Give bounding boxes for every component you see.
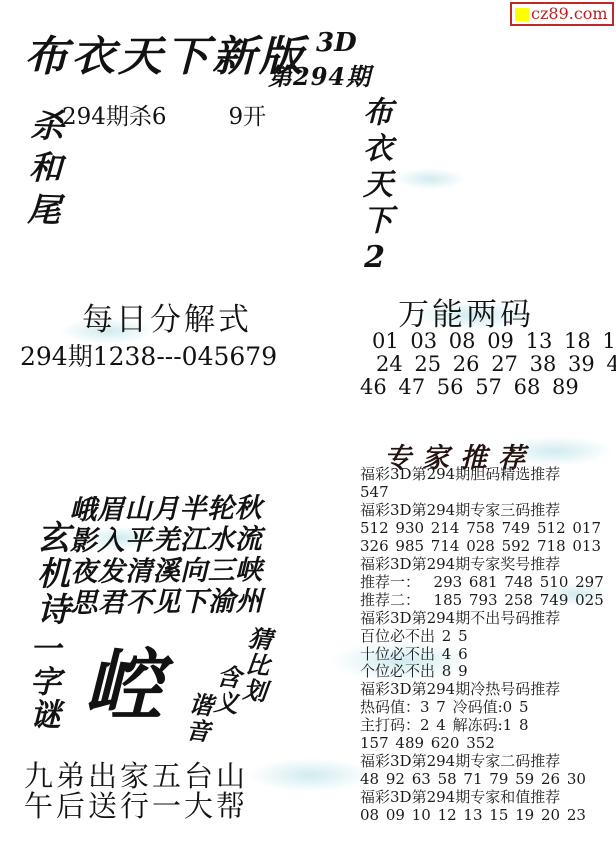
site-badge: cz89.com	[510, 2, 614, 26]
expert-line: 512 930 214 758 749 512 017	[360, 520, 604, 538]
lottery-tip-sheet: cz89.com 布衣天下新版 3D 第294期 294期杀6 9开 杀和尾 布…	[0, 0, 616, 860]
expert-line: 福彩3D第294期冷热号码推荐	[360, 681, 604, 699]
expert-line: 福彩3D第294期胆码精选推荐	[360, 466, 604, 484]
expert-line: 福彩3D第294期专家奖号推荐	[360, 556, 604, 574]
expert-line: 个位必不出 8 9	[360, 663, 604, 681]
riddle-character: 崆	[84, 648, 162, 726]
daily-breakdown-title: 每日分解式	[82, 294, 252, 339]
universal-codes-row: 01 03 08 09 13 18 19?	[372, 330, 608, 353]
bottom-verse-line: 九弟出家五台山	[24, 761, 248, 791]
mystery-poem-line: 思君不见下渝州	[70, 586, 263, 619]
mystery-poem-lines: 峨眉山月半轮秋影入平羌江水流夜发清溪向三峡思君不见下渝州	[69, 493, 263, 619]
universal-codes-row: 24 25 26 27 38 39 45?	[376, 353, 608, 376]
expert-line: 08 09 10 12 13 15 19 20 23	[360, 807, 604, 825]
vertical-kill-tail-label: 杀和尾	[18, 107, 69, 235]
expert-line: 热码值：3 7 冷码值:0 5	[360, 699, 604, 717]
game-label: 3D	[316, 28, 357, 58]
riddle-hint: 谐音	[177, 690, 217, 745]
issue-label: 第294期	[268, 57, 371, 92]
expert-line: 547	[360, 484, 604, 502]
open-text: 9开	[229, 98, 267, 131]
expert-line: 主打码：2 4 解冻码:1 8	[360, 717, 604, 735]
expert-line: 十位必不出 4 6	[360, 646, 604, 664]
riddle-label: 一字谜	[20, 632, 65, 731]
mystery-poem-line: 峨眉山月半轮秋	[69, 493, 262, 526]
expert-line: 48 92 63 58 71 79 59 26 30	[360, 771, 604, 789]
site-badge-text: cz89.com	[531, 6, 608, 22]
expert-line: 推荐一： 293 681 748 510 297	[360, 574, 604, 592]
watermark-blob	[248, 758, 373, 792]
expert-line: 福彩3D第294期专家二码推荐	[360, 753, 604, 771]
yellow-square-icon	[515, 8, 529, 21]
page-title: 布衣天下新版	[24, 22, 306, 83]
expert-line: 福彩3D第294期专家和值推荐	[360, 789, 604, 807]
bottom-verse: 九弟出家五台山午后送行一大帮	[24, 761, 248, 821]
mystery-poem-line: 影入平羌江水流	[70, 524, 263, 557]
vertical-brand-label: 布衣天下2	[352, 96, 396, 281]
kill-open-row: 294期杀6 9开	[62, 98, 266, 131]
expert-line: 推荐二： 185 793 258 749 025	[360, 592, 604, 610]
kill-text: 294期杀6	[62, 98, 167, 131]
universal-codes-grid: 01 03 08 09 13 18 19?24 25 26 27 38 39 4…	[348, 330, 608, 399]
daily-breakdown-formula: 294期1238---045679	[20, 337, 277, 373]
expert-line: 福彩3D第294期专家三码推荐	[360, 502, 604, 520]
bottom-verse-line: 午后送行一大帮	[24, 791, 248, 821]
universal-codes-row: 46 47 56 57 68 89	[360, 376, 608, 399]
expert-lines: 福彩3D第294期胆码精选推荐547福彩3D第294期专家三码推荐512 930…	[360, 466, 604, 825]
universal-codes-title: 万能两码	[398, 289, 534, 334]
expert-line: 326 985 714 028 592 718 013	[360, 538, 604, 556]
expert-line: 百位必不出 2 5	[360, 628, 604, 646]
mystery-poem-line: 夜发清溪向三峡	[70, 555, 263, 588]
expert-line: 157 489 620 352	[360, 735, 604, 753]
mystery-poem-label: 玄机诗	[28, 520, 75, 628]
watermark-blob	[395, 168, 465, 190]
expert-line: 福彩3D第294期不出号码推荐	[360, 610, 604, 628]
